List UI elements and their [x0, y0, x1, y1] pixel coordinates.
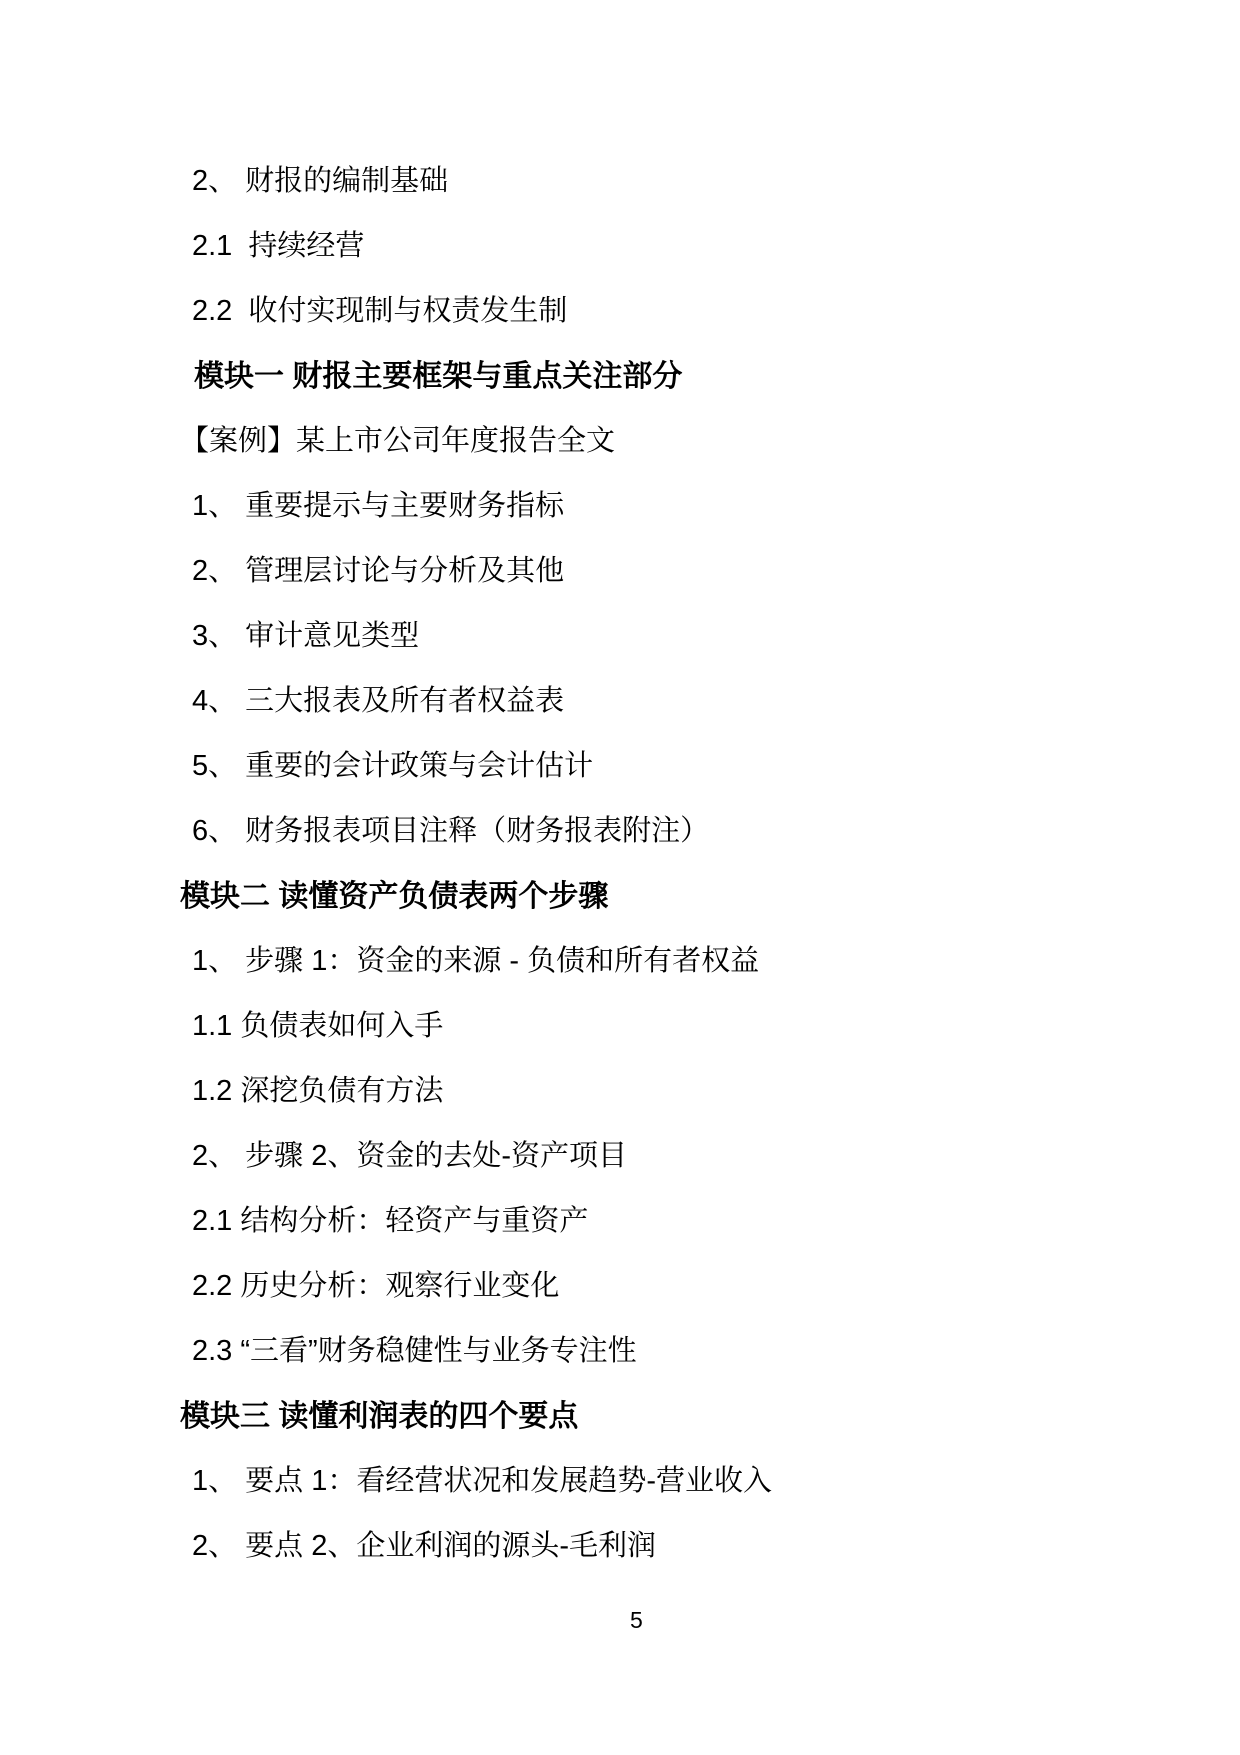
outline-line: 1、 步骤 1：资金的来源 - 负债和所有者权益: [192, 929, 1120, 994]
outline-line: 1.1 负债表如何入手: [192, 994, 1120, 1059]
outline-line: 2.1 结构分析：轻资产与重资产: [192, 1189, 1120, 1254]
module-heading-2: 模块二 读懂资产负债表两个步骤: [180, 864, 1120, 929]
outline-line: 2.2 收付实现制与权责发生制: [192, 279, 1120, 344]
module-heading-1: 模块一 财报主要框架与重点关注部分: [194, 344, 1120, 409]
outline-line: 2、 财报的编制基础: [192, 149, 1120, 214]
outline-line: 2、 步骤 2、资金的去处-资产项目: [192, 1124, 1120, 1189]
outline-line: 1.2 深挖负债有方法: [192, 1059, 1120, 1124]
outline-line: 6、 财务报表项目注释（财务报表附注）: [192, 799, 1120, 864]
document-page: 2、 财报的编制基础 2.1 持续经营 2.2 收付实现制与权责发生制 模块一 …: [0, 0, 1240, 1755]
outline-line: 5、 重要的会计政策与会计估计: [192, 734, 1120, 799]
outline-line: 1、 重要提示与主要财务指标: [192, 474, 1120, 539]
case-example-line: 【案例】某上市公司年度报告全文: [180, 409, 1120, 474]
outline-line: 2.1 持续经营: [192, 214, 1120, 279]
outline-line: 1、 要点 1：看经营状况和发展趋势-营业收入: [192, 1449, 1120, 1514]
module-heading-3: 模块三 读懂利润表的四个要点: [180, 1384, 1120, 1449]
outline-line: 2、 管理层讨论与分析及其他: [192, 539, 1120, 604]
outline-line: 3、 审计意见类型: [192, 604, 1120, 669]
outline-line: 4、 三大报表及所有者权益表: [192, 669, 1120, 734]
outline-line: 2、 要点 2、企业利润的源头-毛利润: [192, 1514, 1120, 1579]
outline-line: 2.3 “三看”财务稳健性与业务专注性: [192, 1319, 1120, 1384]
outline-line: 2.2 历史分析：观察行业变化: [192, 1254, 1120, 1319]
page-number: 5: [630, 1605, 643, 1635]
outline-content: 2、 财报的编制基础 2.1 持续经营 2.2 收付实现制与权责发生制 模块一 …: [0, 0, 1240, 1579]
